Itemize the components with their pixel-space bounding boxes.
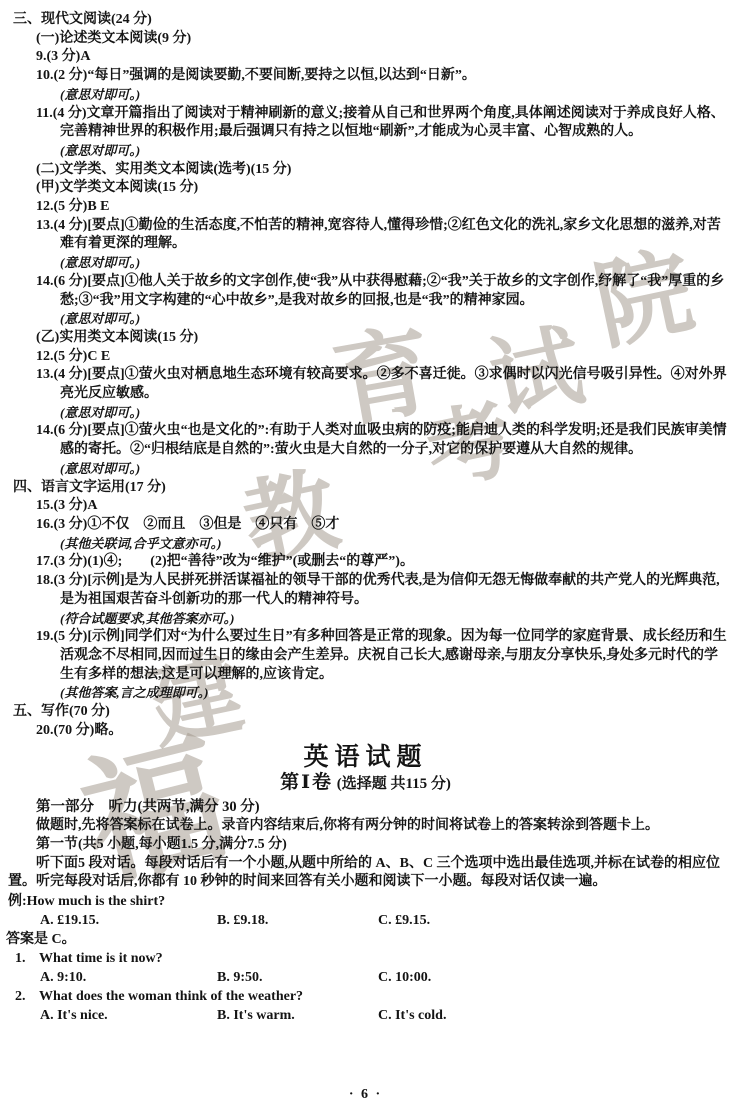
answer-line: 五、写作(70 分) [0, 703, 731, 722]
answer-line: 9.(3 分)A [0, 48, 731, 67]
volume-heading: 第Ⅰ卷 (选择题 共115 分) [0, 772, 731, 795]
answer-line: (意思对即可。) [0, 310, 731, 329]
english-test-title: 英语试题 [0, 743, 731, 772]
dialogue-instructions: 听下面5 段对话。每段对话后有一个小题,从题中所给的 A、B、C 三个选项中选出… [0, 855, 731, 892]
answer-line: (其他答案,言之成理即可。) [0, 684, 731, 703]
question-prompt: 1.What time is it now? [0, 949, 731, 968]
answer-line: (其他关联词,合乎文意亦可。) [0, 535, 731, 554]
answer-line: 19.(5 分)[示例]同学们对“为什么要过生日”有多种回答是正常的现象。因为每… [0, 628, 731, 684]
option-A: A. £19.15. [40, 911, 217, 930]
answer-line: (意思对即可。) [0, 404, 731, 423]
option-A: A. 9:10. [40, 968, 217, 987]
answer-line: 17.(3 分)(1)④; (2)把“善待”改为“维护”(或删去“的尊严”)。 [0, 553, 731, 572]
option-B: B. £9.18. [217, 911, 378, 930]
option-B: B. It's warm. [217, 1006, 378, 1025]
answer-line: (意思对即可。) [0, 142, 731, 161]
example-prompt: 例:How much is the shirt? [0, 892, 731, 911]
answer-line: (意思对即可。) [0, 460, 731, 479]
answer-line: 13.(4 分)[要点]①萤火虫对栖息地生态环境有较高要求。②多不喜迁徙。③求偶… [0, 366, 731, 403]
example-options: A. £19.15.B. £9.18.C. £9.15. [0, 911, 731, 930]
answer-line: 18.(3 分)[示例]是为人民拼死拼活谋福祉的领导干部的优秀代表,是为信仰无怨… [0, 572, 731, 609]
question-number: 2. [15, 987, 39, 1006]
example-answer: 答案是 C。 [0, 930, 731, 949]
page-number: · 6 · [0, 1087, 731, 1103]
english-test-section: 英语试题 第Ⅰ卷 (选择题 共115 分) 第一部分 听力(共两节,满分 30 … [0, 743, 731, 1024]
question-text: What does the woman think of the weather… [39, 989, 303, 1004]
answer-line: (二)文学类、实用类文本阅读(选考)(15 分) [0, 161, 731, 180]
option-C: C. £9.15. [378, 911, 430, 930]
answer-line: (甲)文学类文本阅读(15 分) [0, 179, 731, 198]
listening-instructions: 做题时,先将答案标在试卷上。录音内容结束后,你将有两分钟的时间将试卷上的答案转涂… [0, 817, 731, 836]
answer-line: (意思对即可。) [0, 86, 731, 105]
question-options: A. 9:10.B. 9:50.C. 10:00. [0, 968, 731, 987]
answer-line: 三、现代文阅读(24 分) [0, 11, 731, 30]
question-text: What time is it now? [39, 951, 163, 966]
answer-line: 12.(5 分)C E [0, 348, 731, 367]
option-B: B. 9:50. [217, 968, 378, 987]
question-prompt: 2.What does the woman think of the weath… [0, 987, 731, 1006]
listening-questions: 1.What time is it now?A. 9:10.B. 9:50.C.… [0, 949, 731, 1025]
option-C: C. It's cold. [378, 1006, 446, 1025]
answer-line: 10.(2 分)“每日”强调的是阅读要勤,不要间断,要持之以恒,以达到“日新”。 [0, 67, 731, 86]
answer-line: (意思对即可。) [0, 254, 731, 273]
question-number: 1. [15, 949, 39, 968]
answer-line: 20.(70 分)略。 [0, 722, 731, 741]
volume-sub-label: (选择题 共115 分) [333, 776, 451, 792]
option-A: A. It's nice. [40, 1006, 217, 1025]
volume-main-label: 第Ⅰ卷 [280, 772, 333, 793]
chinese-answer-section: 三、现代文阅读(24 分)(一)论述类文本阅读(9 分)9.(3 分)A10.(… [0, 0, 731, 740]
answer-line: 15.(3 分)A [0, 497, 731, 516]
answer-line: (一)论述类文本阅读(9 分) [0, 30, 731, 49]
answer-line: 14.(6 分)[要点]①他人关于故乡的文字创作,使“我”从中获得慰藉;②“我”… [0, 273, 731, 310]
option-C: C. 10:00. [378, 968, 431, 987]
answer-line: 16.(3 分)①不仅 ②而且 ③但是 ④只有 ⑤才 [0, 516, 731, 535]
answer-line: 13.(4 分)[要点]①勤俭的生活态度,不怕苦的精神,宽容待人,懂得珍惜;②红… [0, 217, 731, 254]
answer-line: 四、语言文字运用(17 分) [0, 479, 731, 498]
part1-heading: 第一部分 听力(共两节,满分 30 分) [0, 798, 731, 817]
answer-line: 14.(6 分)[要点]①萤火虫“也是文化的”:有助于人类对血吸虫病的防疫;能启… [0, 422, 731, 459]
question-options: A. It's nice.B. It's warm.C. It's cold. [0, 1006, 731, 1025]
answer-line: (符合试题要求,其他答案亦可。) [0, 610, 731, 629]
answer-line: 11.(4 分)文章开篇指出了阅读对于精神刷新的意义;接着从自己和世界两个角度,… [0, 105, 731, 142]
answer-line: 12.(5 分)B E [0, 198, 731, 217]
section1-heading: 第一节(共5 小题,每小题1.5 分,满分7.5 分) [0, 836, 731, 855]
answer-line: (乙)实用类文本阅读(15 分) [0, 329, 731, 348]
exam-answer-page: 福建教育考试院 三、现代文阅读(24 分)(一)论述类文本阅读(9 分)9.(3… [0, 0, 731, 1115]
